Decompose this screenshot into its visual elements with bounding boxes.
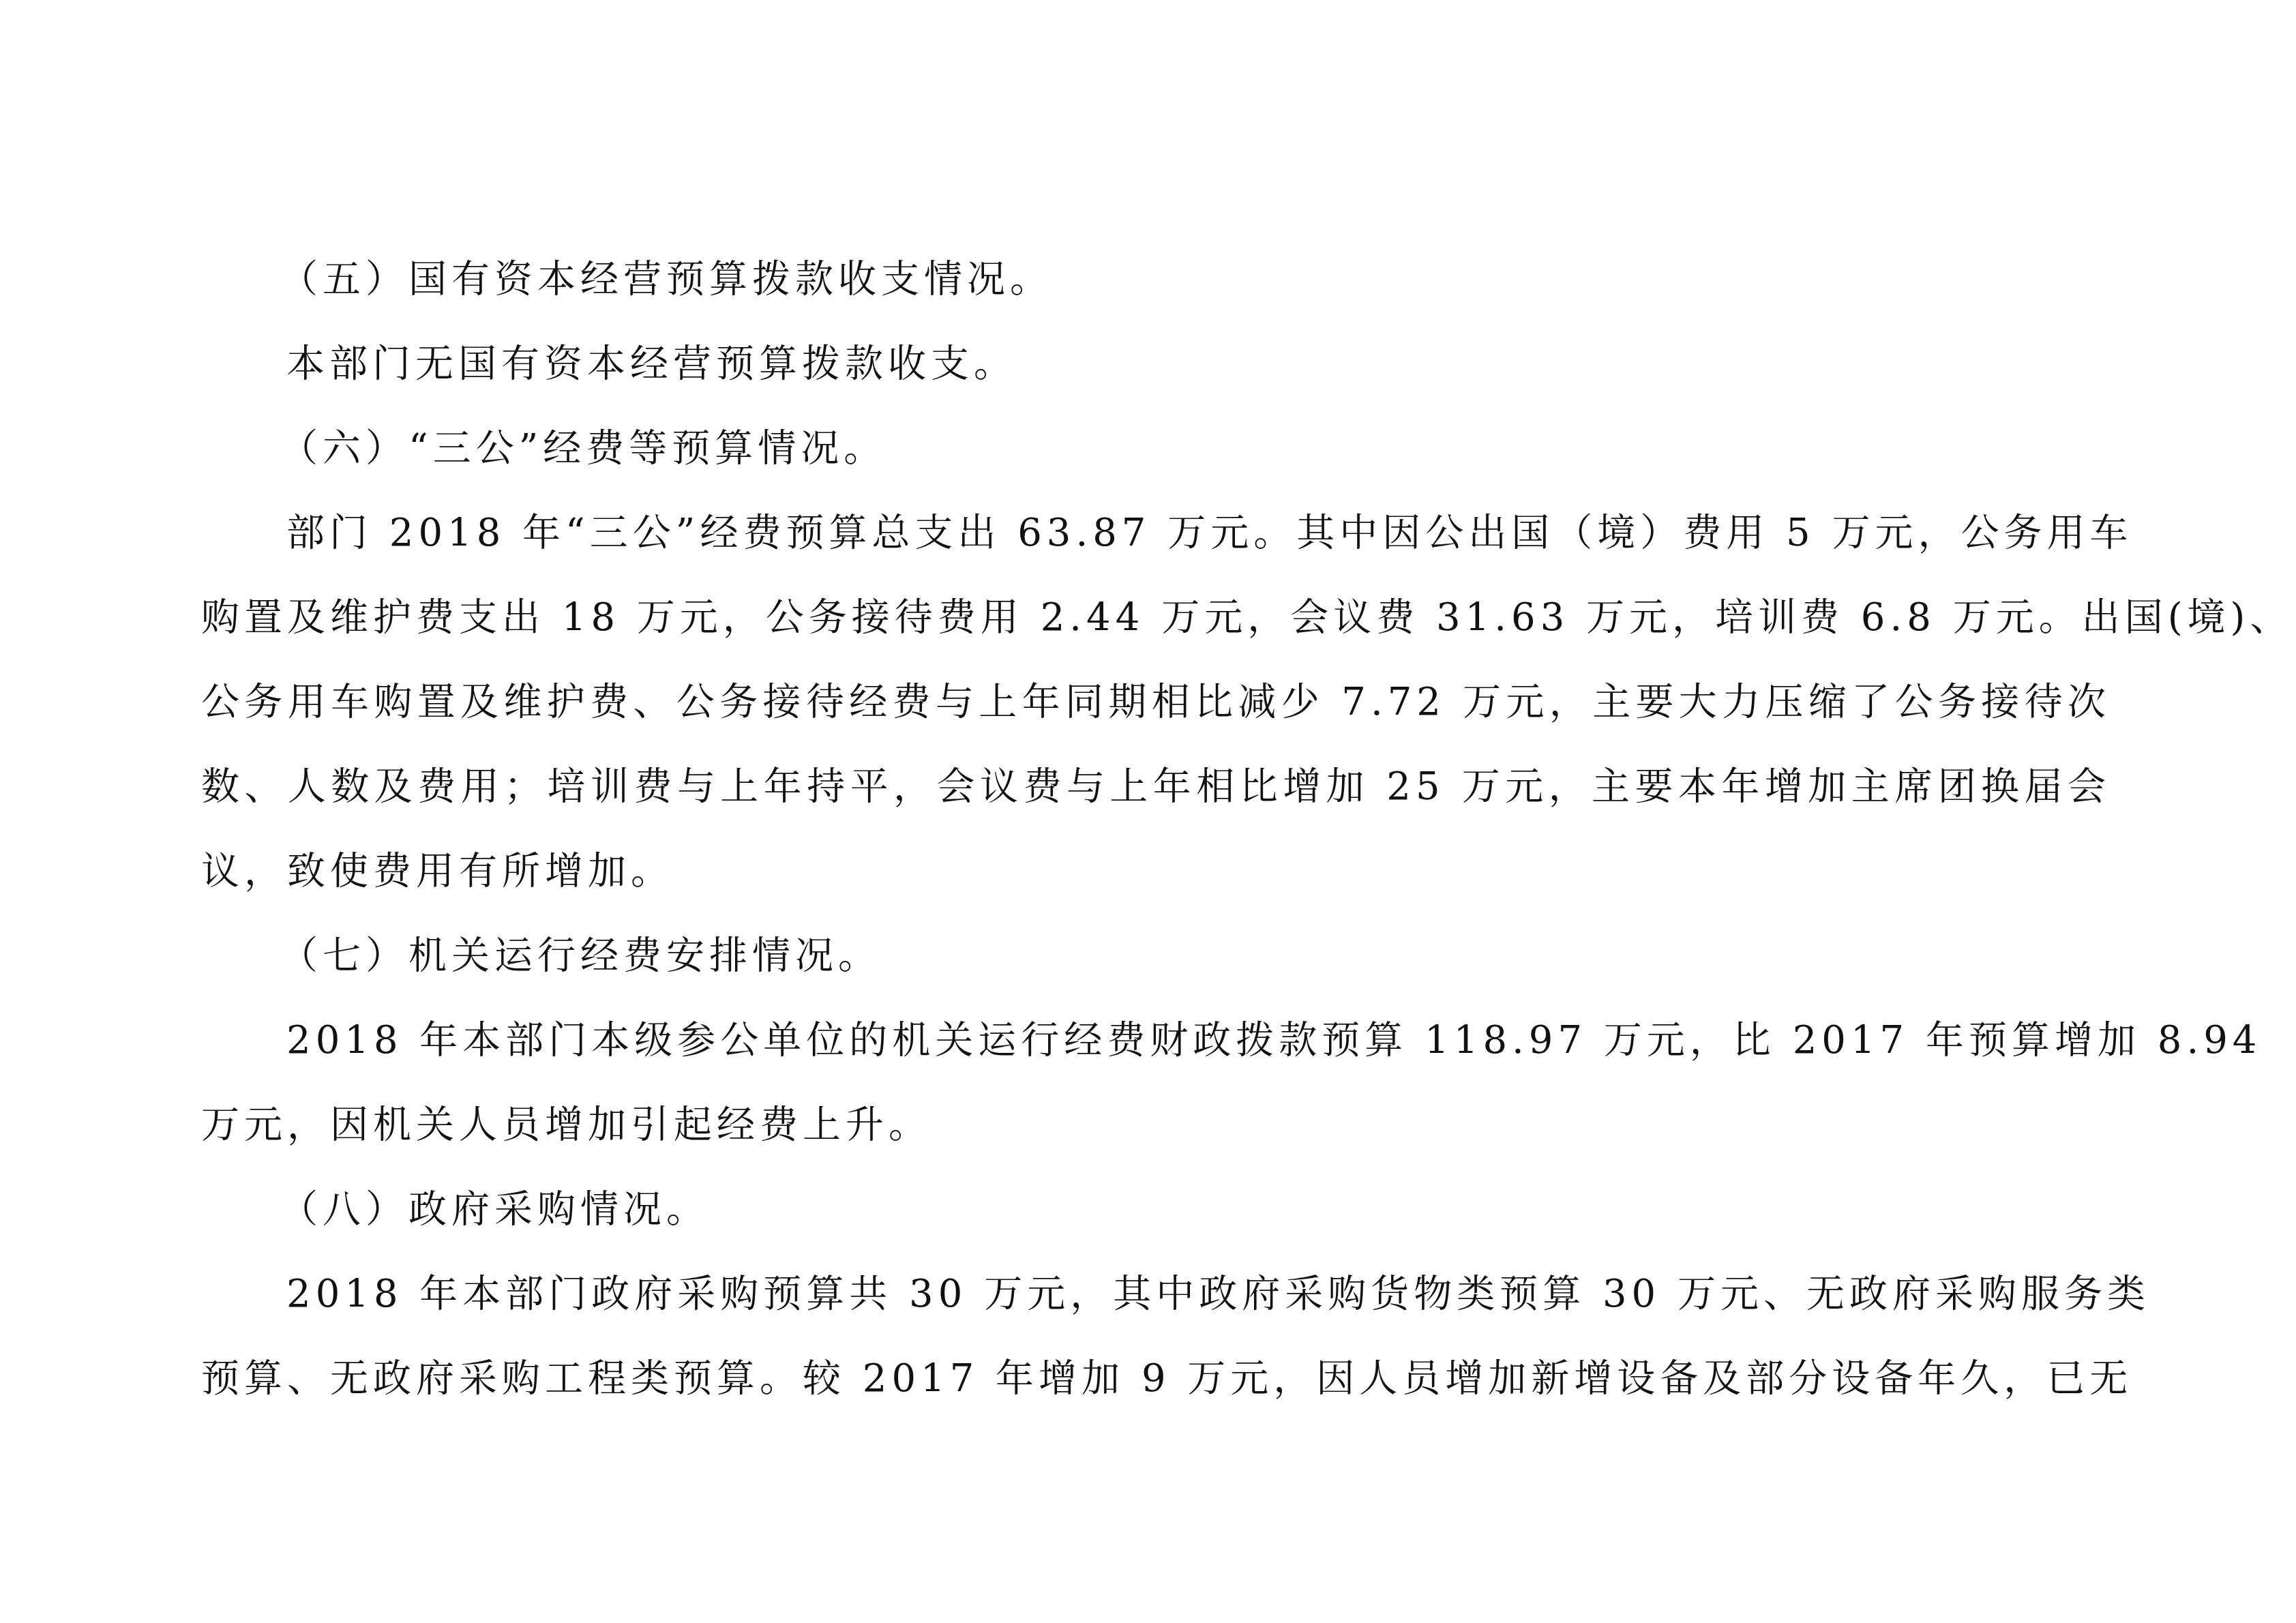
section-heading-five: （五）国有资本经营预算拨款收支情况。 [280,252,1053,307]
paragraph-line: 部门 2018 年“三公”经费预算总支出 63.87 万元。其中因公出国（境）费… [286,506,2111,561]
section-heading-six: （六）“三公”经费等预算情况。 [280,421,886,476]
paragraph-line: 议，致使费用有所增加。 [201,844,674,899]
paragraph-line: 数、人数及费用；培训费与上年持平，会议费与上年相比增加 25 万元，主要本年增加… [201,760,2111,814]
paragraph-line: 预算、无政府采购工程类预算。较 2017 年增加 9 万元，因人员增加新增设备及… [201,1352,2111,1406]
paragraph-line: 公务用车购置及维护费、公务接待经费与上年同期相比减少 7.72 万元，主要大力压… [201,675,2111,730]
paragraph-line: 2018 年本部门政府采购预算共 30 万元，其中政府采购货物类预算 30 万元… [286,1267,2111,1322]
document-page: （五）国有资本经营预算拨款收支情况。 本部门无国有资本经营预算拨款收支。 （六）… [0,0,2296,1623]
paragraph-line: 本部门无国有资本经营预算拨款收支。 [286,337,1017,391]
paragraph-line: 万元，因机关人员增加引起经费上升。 [201,1098,931,1152]
paragraph-line: 2018 年本部门本级参公单位的机关运行经费财政拨款预算 118.97 万元，比… [286,1013,2111,1068]
section-heading-eight: （八）政府采购情况。 [280,1182,709,1237]
section-heading-seven: （七）机关运行经费安排情况。 [280,929,881,983]
paragraph-line: 购置及维护费支出 18 万元，公务接待费用 2.44 万元，会议费 31.63 … [201,591,2111,645]
